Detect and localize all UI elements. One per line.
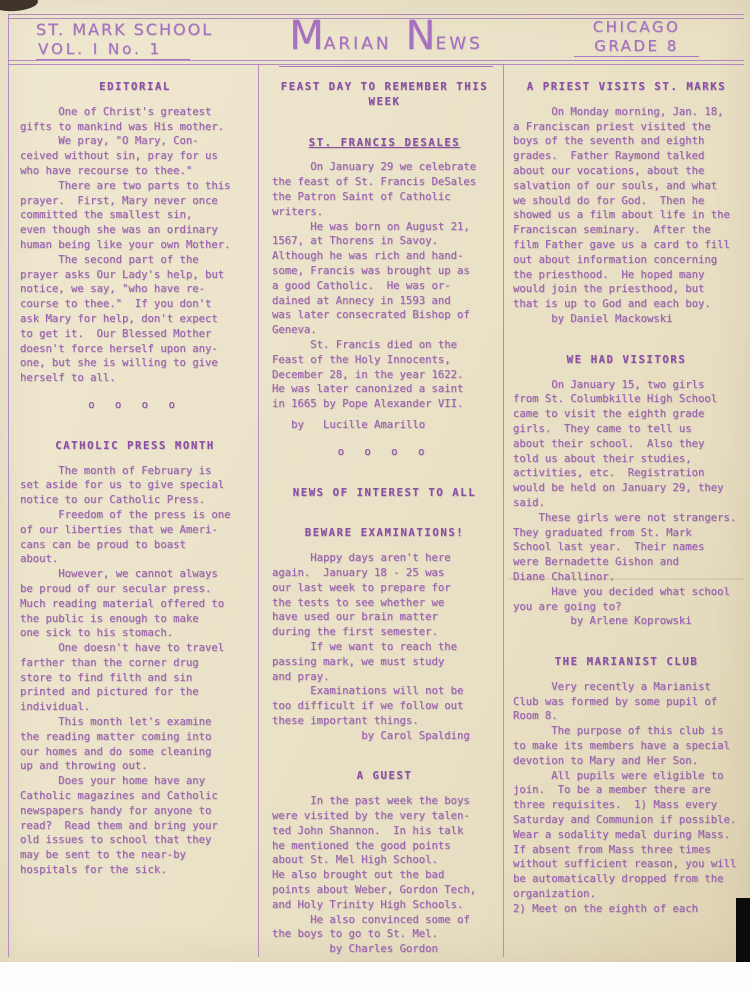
masthead: ST. MARK SCHOOL VOL. I No. 1 MARIANNEWS … xyxy=(8,16,744,62)
section-heading: ST. FRANCIS DESALES xyxy=(272,136,497,151)
scan-margin-bottom xyxy=(0,962,750,990)
grade-label: GRADE 8 xyxy=(574,37,699,57)
scan-edge-black-strip xyxy=(736,898,750,962)
section-heading: CATHOLIC PRESS MONTH xyxy=(20,439,250,454)
masthead-top-rule-1 xyxy=(8,14,744,15)
title-initial-m: M xyxy=(289,13,324,59)
article-paragraph: Very recently a Marianist Club was forme… xyxy=(513,680,740,917)
column-center: FEAST DAY TO REMEMBER THIS WEEKST. FRANC… xyxy=(258,66,503,957)
article-paragraph: On Monday morning, Jan. 18, a Franciscan… xyxy=(513,105,740,327)
section-heading: BEWARE EXAMINATIONS! xyxy=(272,526,497,541)
separator-dots: o o o o xyxy=(20,398,250,413)
volume-issue: VOL. I No. 1 xyxy=(36,40,190,60)
byline: by Lucille Amarillo xyxy=(272,418,497,433)
section-heading: THE MARIANIST CLUB xyxy=(513,655,740,670)
newspaper-title: MARIANNEWS xyxy=(243,16,529,62)
article-paragraph: One of Christ's greatest gifts to mankin… xyxy=(20,105,250,386)
section-heading: A GUEST xyxy=(272,769,497,784)
newspaper-page: ST. MARK SCHOOL VOL. I No. 1 MARIANNEWS … xyxy=(0,0,750,962)
section-heading: EDITORIAL xyxy=(20,80,250,95)
article-paragraph: The month of February is set aside for u… xyxy=(20,464,250,878)
section-heading: WE HAD VISITORS xyxy=(513,353,740,368)
masthead-right-block: CHICAGO GRADE 8 xyxy=(529,16,744,62)
separator-dots: o o o o xyxy=(272,445,497,460)
article-paragraph: On January 15, two girls from St. Columb… xyxy=(513,378,740,630)
section-heading: FEAST DAY TO REMEMBER THIS WEEK xyxy=(272,80,497,110)
newspaper-title-lettering: MARIANNEWS xyxy=(279,16,493,67)
title-initial-n: N xyxy=(406,13,436,59)
scan-smudge-top-left xyxy=(0,0,39,13)
section-heading: NEWS OF INTEREST TO ALL xyxy=(272,486,497,501)
school-name: ST. MARK SCHOOL xyxy=(36,20,243,39)
city-label: CHICAGO xyxy=(529,18,744,36)
article-paragraph: In the past week the boys were visited b… xyxy=(272,794,497,957)
article-paragraph: On January 29 we celebrate the feast of … xyxy=(272,160,497,412)
column-right: A PRIEST VISITS ST. MARKS On Monday morn… xyxy=(503,66,744,957)
column-left: EDITORIAL One of Christ's greatest gifts… xyxy=(8,66,258,957)
title-rest-arian: ARIAN xyxy=(324,34,392,54)
section-heading: A PRIEST VISITS ST. MARKS xyxy=(513,80,740,95)
article-columns: EDITORIAL One of Christ's greatest gifts… xyxy=(8,66,744,957)
article-paragraph: Happy days aren't here again. January 18… xyxy=(272,551,497,743)
title-rest-ews: EWS xyxy=(435,34,482,54)
masthead-left-block: ST. MARK SCHOOL VOL. I No. 1 xyxy=(8,16,243,62)
